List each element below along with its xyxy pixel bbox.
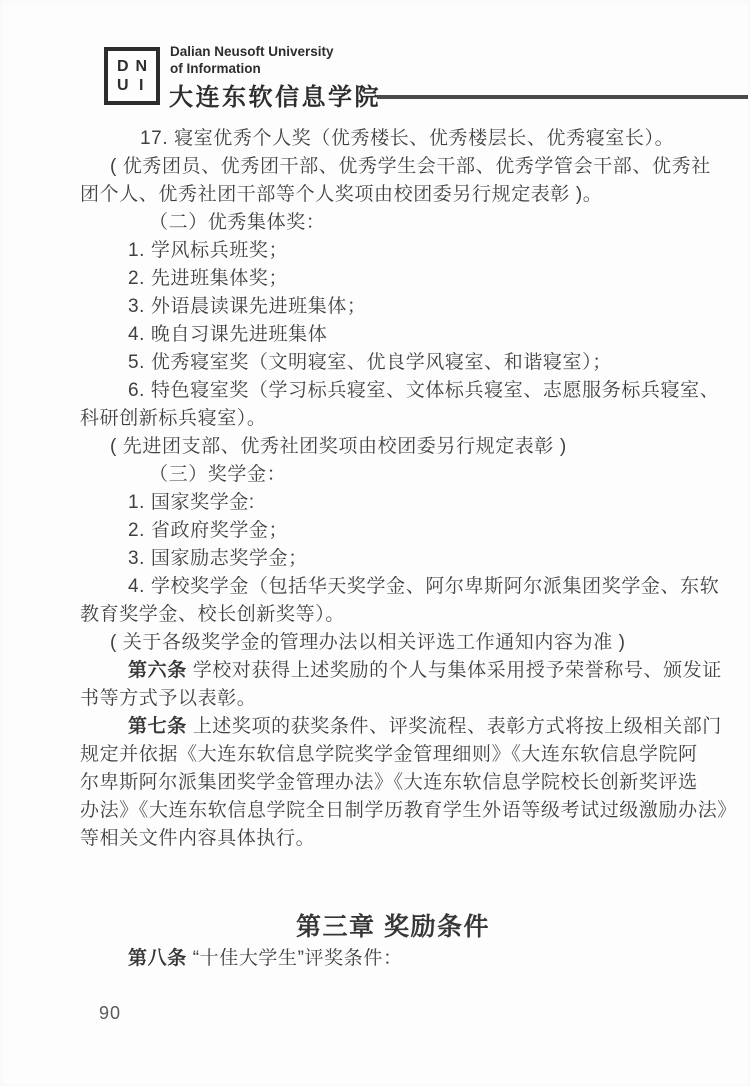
article-8-line: 第八条 “十佳大学生”评奖条件： [80, 945, 712, 973]
university-name-english-line2: of Information [170, 61, 334, 78]
text-line: 2. 省政府奖学金； [80, 517, 712, 545]
logo-letter: D [117, 58, 129, 76]
logo-letter: I [136, 77, 148, 95]
text-line: （二）优秀集体奖： [80, 209, 712, 237]
text-line: 办法》《大连东软信息学院全日制学历教育学生外语等级考试过级激励办法》 [80, 797, 712, 825]
article-number: 第六条 [128, 660, 187, 681]
university-name-english-line1: Dalian Neusoft University [170, 44, 334, 61]
article-8-text: “十佳大学生”评奖条件： [187, 948, 403, 969]
text-line: 5. 优秀寝室奖（文明寝室、优良学风寝室、和谐寝室）； [80, 349, 712, 377]
text-line: 2. 先进班集体奖； [80, 265, 712, 293]
text-line: 4. 晚自习课先进班集体 [80, 321, 712, 349]
article-number: 第七条 [128, 716, 187, 737]
page-number: 90 [99, 1003, 121, 1024]
university-name-chinese: 大连东软信息学院 [169, 77, 381, 112]
logo-letter: U [117, 77, 129, 95]
body-lines: 17. 寝室优秀个人奖（优秀楼长、优秀楼层长、优秀寝室长）。( 优秀团员、优秀团… [80, 125, 712, 853]
text-line: 1. 学风标兵班奖； [80, 237, 712, 265]
text-line: 4. 学校奖学金（包括华天奖学金、阿尔卑斯阿尔派集团奖学金、东软 [80, 573, 712, 601]
text-line: 教育奖学金、校长创新奖等）。 [80, 601, 712, 629]
document-page: D N U I Dalian Neusoft University of Inf… [0, 0, 750, 1086]
text-line: （三）奖学金： [80, 461, 712, 489]
text-line: 尔卑斯阿尔派集团奖学金管理办法》《大连东软信息学院校长创新奖评选 [80, 769, 712, 797]
logo-letter: N [136, 58, 148, 76]
text-line: 第六条 学校对获得上述奖励的个人与集体采用授予荣誉称号、颁发证 [80, 657, 712, 685]
text-line: ( 关于各级奖学金的管理办法以相关评选工作通知内容为准 ) [80, 629, 712, 657]
logo-letters: D N U I [117, 58, 147, 95]
university-logo: D N U I [104, 47, 160, 105]
text-line: 科研创新标兵寝室）。 [80, 405, 712, 433]
article-8-number: 第八条 [128, 948, 187, 969]
text-line: 6. 特色寝室奖（学习标兵寝室、文体标兵寝室、志愿服务标兵寝室、 [80, 377, 712, 405]
text-line: 书等方式予以表彰。 [80, 685, 712, 713]
text-line: 第七条 上述奖项的获奖条件、评奖流程、表彰方式将按上级相关部门 [80, 713, 712, 741]
text-line: 团个人、优秀社团干部等个人奖项由校团委另行规定表彰 )。 [80, 181, 712, 209]
text-line: ( 优秀团员、优秀团干部、优秀学生会干部、优秀学管会干部、优秀社 [80, 153, 712, 181]
text-line: ( 先进团支部、优秀社团奖项由校团委另行规定表彰 ) [80, 433, 712, 461]
text-line: 17. 寝室优秀个人奖（优秀楼长、优秀楼层长、优秀寝室长）。 [80, 125, 712, 153]
text-line: 3. 外语晨读课先进班集体； [80, 293, 712, 321]
university-name-english: Dalian Neusoft University of Information [170, 44, 334, 77]
text-line: 1. 国家奖学金: [80, 489, 712, 517]
chapter-heading: 第三章 奖励条件 [80, 907, 706, 943]
text-line: 3. 国家励志奖学金； [80, 545, 712, 573]
text-line: 规定并依据《大连东软信息学院奖学金管理细则》《大连东软信息学院阿 [80, 741, 712, 769]
text-line: 等相关文件内容具体执行。 [80, 825, 712, 853]
header-divider-rule [377, 95, 748, 99]
